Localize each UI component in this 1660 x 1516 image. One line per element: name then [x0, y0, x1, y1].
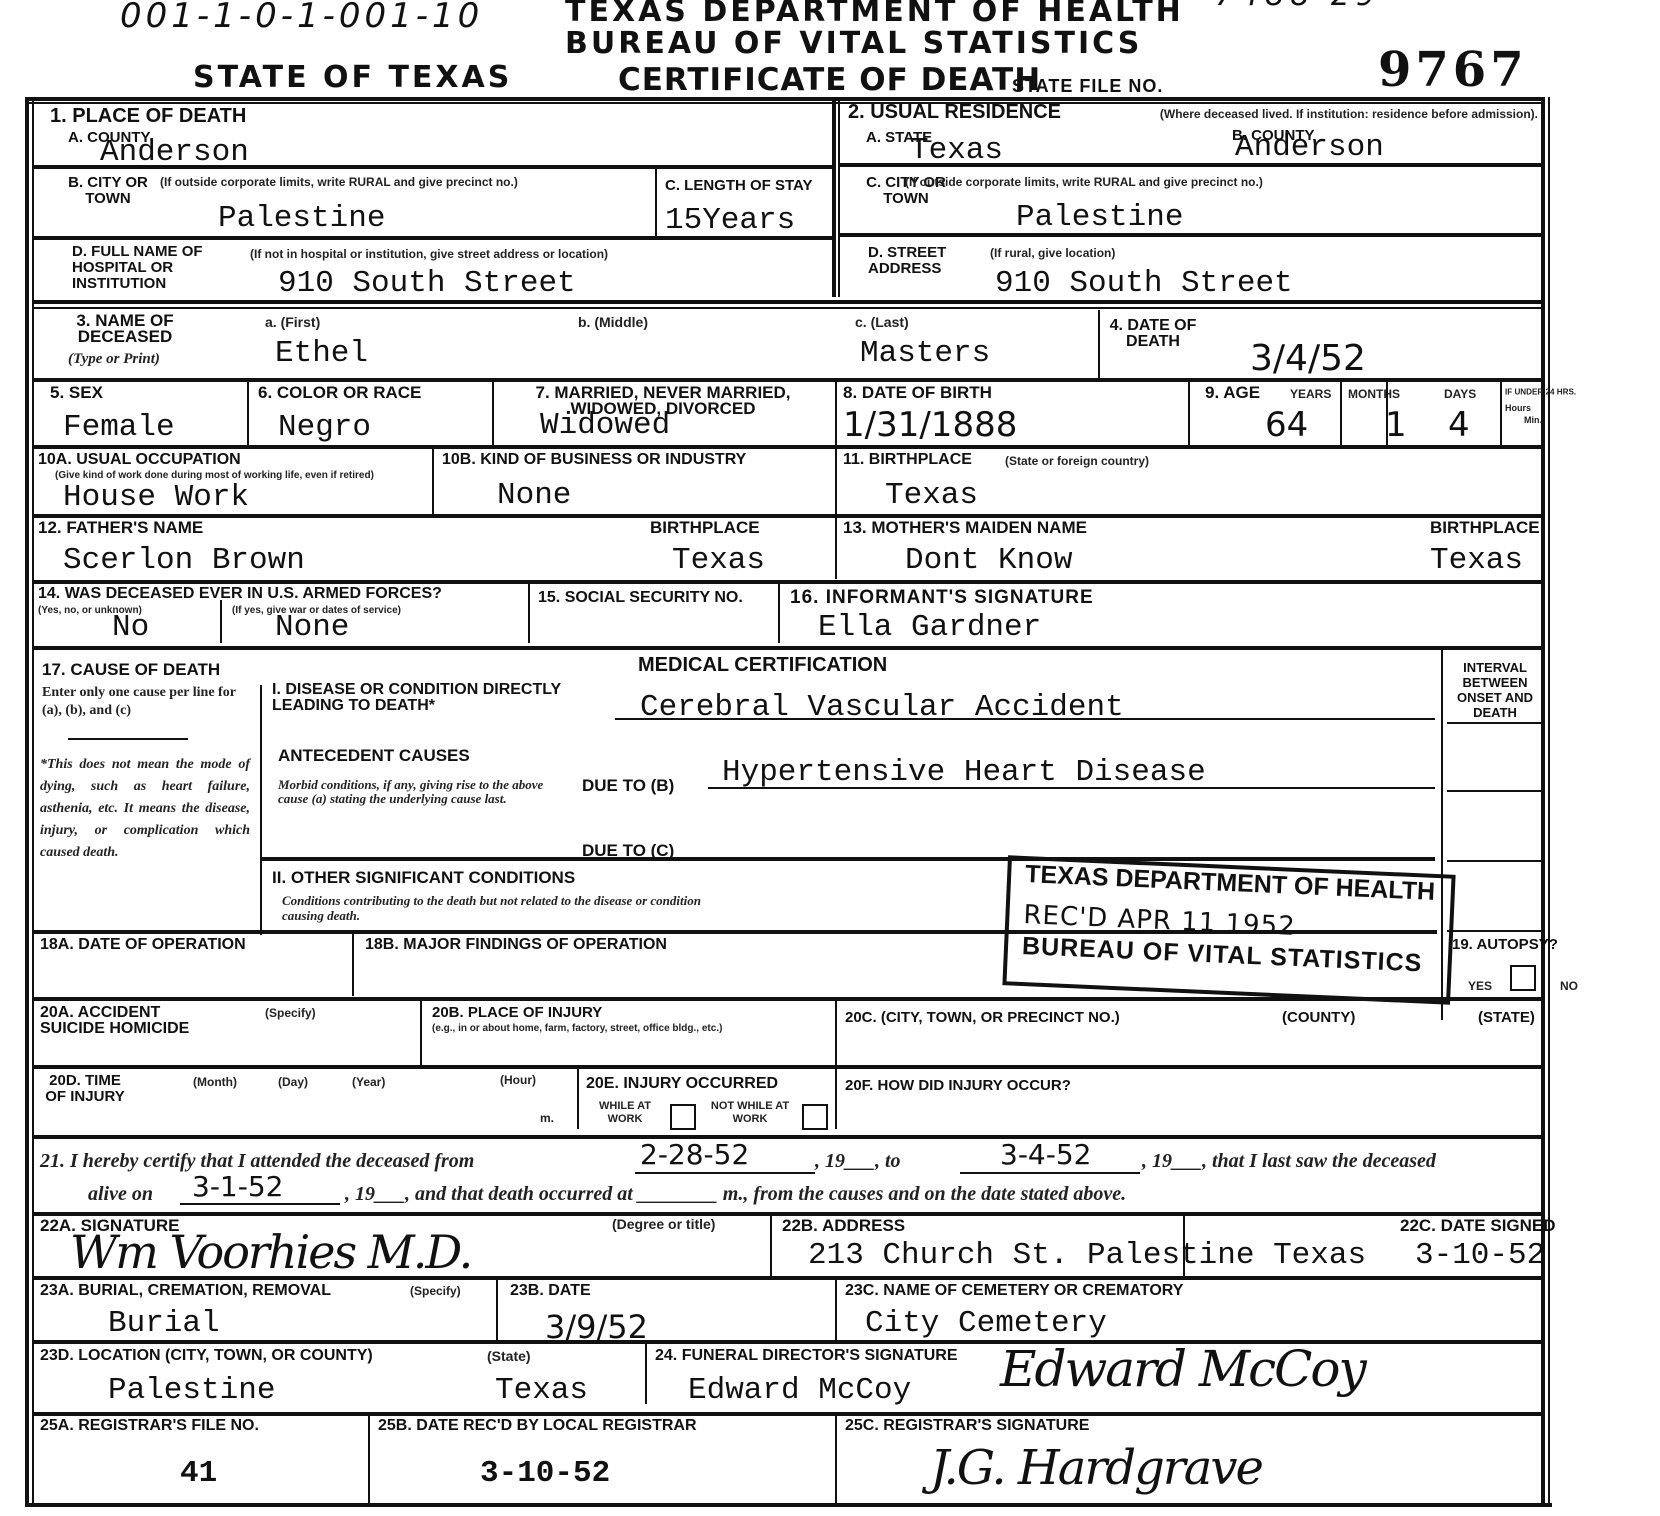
dob-label: 8. DATE OF BIRTH [843, 385, 992, 401]
age-years-value: 64 [1265, 405, 1308, 445]
certify-text-19a: , 19___, to [815, 1152, 901, 1170]
res-street-value: 910 South Street [995, 268, 1293, 300]
burial-location-value: Palestine [108, 1375, 275, 1407]
rule [1098, 310, 1100, 378]
burial-state-label: (State) [487, 1350, 531, 1363]
due-to-b-label: DUE TO (b) [582, 778, 674, 794]
date-signed-value: 3-10-52 [1415, 1240, 1545, 1272]
at-work-checkbox[interactable] [670, 1104, 696, 1130]
injury-time-label: 20d. TIME OF INJURY [40, 1073, 130, 1105]
race-value: Negro [278, 412, 371, 444]
rule [420, 999, 422, 1065]
cause-b-value: Hypertensive Heart Disease [722, 757, 1206, 789]
rule [32, 1065, 1543, 1069]
injury-type-label: 20a. ACCIDENT SUICIDE HOMICIDE [40, 1005, 190, 1037]
rule [1500, 380, 1502, 445]
autopsy-no-label: NO [1560, 980, 1578, 993]
first-name-label: a. (First) [265, 316, 320, 329]
stay-label: c. LENGTH OF STAY [665, 178, 830, 194]
registrar-date-label: 25b. DATE REC'D BY LOCAL REGISTRAR [378, 1418, 697, 1434]
funeral-director-value: Edward McCoy [688, 1375, 911, 1407]
deceased-name-label: 3. NAME OF DECEASED [50, 313, 200, 345]
informant-label: 16. INFORMANT'S SIGNATURE [790, 590, 1094, 606]
certify-text-19b: , 19___, that I last saw the deceased [1142, 1152, 1436, 1170]
rule [32, 997, 1543, 1001]
death-city-note: (If outside corporate limits, write RURA… [160, 176, 640, 189]
armed-forces-value: No [112, 612, 149, 644]
rule [1340, 380, 1342, 445]
divider-1-2-inner [838, 100, 840, 297]
handwritten-top-right-number: 7488 29 [1215, 0, 1381, 13]
cemetery-value: City Cemetery [865, 1308, 1107, 1340]
hospital-value: 910 South Street [278, 268, 576, 300]
business-value: None [497, 480, 571, 512]
received-stamp: TEXAS DEPARTMENT OF HEALTH REC'D APR 11 … [1002, 855, 1455, 1004]
injury-occurred-label: 20e. INJURY OCCURRED [586, 1076, 778, 1092]
rule [528, 583, 530, 643]
deceased-name-note: (Type or Print) [68, 350, 160, 368]
autopsy-yes-checkbox[interactable] [1510, 965, 1536, 991]
operation-findings-label: 18b. MAJOR FINDINGS OF OPERATION [365, 937, 667, 953]
rule [368, 1414, 370, 1504]
certify-text-2: alive on [88, 1185, 153, 1203]
rule [32, 1412, 1543, 1416]
first-name-value: Ethel [275, 338, 368, 370]
injury-m-label: m. [540, 1112, 554, 1125]
usual-residence-note: (Where deceased lived. If institution: r… [1138, 108, 1538, 121]
rule [32, 300, 1543, 304]
injury-place-label: 20b. PLACE OF INJURY [432, 1005, 602, 1021]
registrar-signature-label: 25c. REGISTRAR'S SIGNATURE [845, 1418, 1089, 1434]
rule [778, 583, 780, 643]
rule [496, 1278, 498, 1340]
injury-day-label: (Day) [278, 1076, 308, 1089]
agency-line-2: BUREAU OF VITAL STATISTICS [565, 26, 1142, 61]
rule [655, 168, 657, 236]
stay-value: 15Years [665, 205, 795, 237]
age-label: 9. AGE [1205, 385, 1260, 401]
rule [68, 738, 188, 740]
rule [32, 580, 1543, 584]
frame-right-outer [1548, 97, 1550, 1507]
sex-value: Female [63, 412, 175, 444]
mother-birthplace-label: BIRTHPLACE [1430, 520, 1540, 536]
handwritten-file-code: 001-1-0-1-001-10 [120, 0, 483, 36]
frame-top-inner [25, 102, 1545, 104]
injury-year-label: (Year) [352, 1076, 385, 1089]
armed-forces-label: 14. WAS DECEASED EVER IN U.S. ARMED FORC… [38, 586, 442, 602]
days-label: DAYS [1444, 388, 1476, 401]
birthplace-label: 11. BIRTHPLACE [843, 452, 972, 468]
burial-state-value: Texas [495, 1375, 588, 1407]
cemetery-label: 23c. NAME OF CEMETERY OR CREMATORY [845, 1283, 1183, 1299]
father-value: Scerlon Brown [63, 545, 305, 577]
rule [352, 932, 354, 996]
divider-1-2 [832, 100, 836, 297]
registrar-date-value: 3-10-52 [480, 1458, 610, 1490]
autopsy-yes-label: YES [1468, 980, 1492, 993]
frame-left [25, 97, 29, 1507]
rule [220, 600, 222, 643]
not-at-work-checkbox[interactable] [802, 1104, 828, 1130]
physician-address-value: 213 Church St. Palestine Texas [808, 1240, 1366, 1272]
rule [838, 163, 1543, 167]
certificate-title: CERTIFICATE OF DEATH [618, 62, 1041, 98]
certify-text-3: , 19___, and that death occurred at ____… [345, 1185, 1126, 1203]
rule [835, 1278, 837, 1340]
father-label: 12. FATHER'S NAME [38, 520, 203, 536]
state-title: STATE OF TEXAS [193, 60, 512, 95]
rule [180, 1203, 340, 1205]
last-name-label: c. (Last) [855, 316, 909, 329]
antecedent-label: ANTECEDENT CAUSES [278, 748, 470, 764]
last-seen-alive-date: 3-1-52 [192, 1170, 283, 1203]
war-value: None [275, 612, 349, 644]
rule [577, 1067, 579, 1129]
rule [708, 787, 1435, 789]
rule [1447, 722, 1541, 724]
medical-certification-title: MEDICAL CERTIFICATION [638, 657, 887, 673]
funeral-director-signature: Edward McCoy [1000, 1340, 1365, 1398]
attended-to-date: 3-4-52 [1000, 1138, 1091, 1171]
min-label: Min. [1524, 414, 1542, 427]
hospital-label: d. FULL NAME OF HOSPITAL OR INSTITUTION [72, 244, 252, 292]
rule [262, 857, 1435, 861]
age-months-value: 1 [1385, 405, 1407, 445]
date-of-death-label: 4. DATE OF DEATH [1108, 318, 1198, 350]
degree-label: (Degree or title) [612, 1218, 715, 1231]
injury-place-note: (e.g., in or about home, farm, factory, … [432, 1022, 792, 1035]
at-work-label: WHILE AT WORK [585, 1100, 665, 1126]
years-label: YEARS [1290, 388, 1331, 401]
rule [32, 236, 832, 240]
cause-footnote: *This does not mean the mode of dying, s… [40, 754, 250, 864]
business-label: 10b. KIND OF BUSINESS OR INDUSTRY [442, 452, 746, 468]
rule [838, 233, 1543, 237]
res-street-label: d. STREET ADDRESS [868, 245, 978, 277]
rule [835, 380, 837, 445]
rule [32, 307, 1543, 309]
disposition-note: (Specify) [410, 1285, 461, 1298]
operation-date-label: 18a. DATE OF OPERATION [40, 937, 246, 953]
usual-residence-label: 2. USUAL RESIDENCE [848, 104, 1061, 120]
part-2-label: II. OTHER SIGNIFICANT CONDITIONS [272, 870, 575, 886]
burial-location-label: 23d. LOCATION (City, town, or county) [40, 1348, 373, 1364]
place-of-death-label: 1. PLACE OF DEATH [50, 108, 246, 124]
informant-value: Ella Gardner [818, 612, 1041, 644]
not-at-work-label: NOT WHILE AT WORK [710, 1100, 790, 1126]
rule [247, 380, 249, 445]
rule [1447, 930, 1541, 932]
rule [1447, 860, 1541, 862]
antecedent-note: Morbid conditions, if any, giving rise t… [278, 778, 568, 806]
rule [32, 1135, 1543, 1139]
occupation-value: House Work [63, 482, 249, 514]
dob-value: 1/31/1888 [843, 405, 1017, 445]
hospital-note: (If not in hospital or institution, give… [250, 248, 608, 261]
cause-of-death-label: 17. CAUSE OF DEATH [42, 662, 220, 678]
autopsy-label: 19. AUTOPSY? [1452, 937, 1558, 953]
date-signed-label: 22c. DATE SIGNED [1400, 1218, 1556, 1234]
rule [770, 1214, 772, 1276]
rule [32, 165, 832, 169]
father-birthplace-label: BIRTHPLACE [650, 520, 760, 536]
attended-from-date: 2-28-52 [640, 1138, 749, 1171]
rule [835, 447, 837, 579]
funeral-director-label: 24. FUNERAL DIRECTOR'S SIGNATURE [655, 1348, 958, 1364]
ssn-label: 15. SOCIAL SECURITY NO. [538, 590, 743, 606]
marital-value: Widowed [540, 410, 670, 442]
stamp-line-3: BUREAU OF VITAL STATISTICS [1022, 938, 1423, 971]
race-label: 6. COLOR OR RACE [258, 385, 421, 401]
middle-name-label: b. (Middle) [578, 316, 648, 329]
rule [835, 999, 837, 1129]
rule [32, 445, 1543, 449]
injury-hour-label: (Hour) [500, 1074, 536, 1087]
rule [432, 447, 434, 515]
res-county-value: Anderson [1235, 132, 1384, 164]
mother-birthplace-value: Texas [1430, 545, 1523, 577]
registrar-file-value: 41 [180, 1458, 217, 1490]
rule [260, 685, 262, 935]
injury-county-label: (COUNTY) [1282, 1010, 1355, 1026]
part-1-label: I. DISEASE OR CONDITION DIRECTLY LEADING… [272, 682, 572, 714]
rule [1188, 380, 1190, 445]
physician-signature: Wm Voorhies M.D. [70, 1225, 471, 1279]
registrar-signature: J.G. Hardgrave [930, 1440, 1262, 1496]
rule [32, 378, 1543, 382]
stamp-line-1: TEXAS DEPARTMENT OF HEALTH [1025, 866, 1435, 900]
injury-how-label: 20f. HOW DID INJURY OCCUR? [845, 1078, 1071, 1094]
rule [1183, 1214, 1185, 1276]
father-birthplace-value: Texas [672, 545, 765, 577]
occupation-label: 10a. USUAL OCCUPATION [38, 452, 241, 468]
part-2-note: Conditions contributing to the death but… [282, 893, 702, 923]
rule [645, 1342, 647, 1404]
age-days-value: 4 [1448, 405, 1470, 445]
state-file-number: 9767 [1378, 42, 1528, 98]
res-city-note: (If outside corporate limits, write RURA… [905, 176, 1263, 189]
res-street-note: (If rural, give location) [990, 247, 1115, 260]
birthplace-note: (State or foreign country) [1005, 455, 1149, 468]
disposition-value: Burial [108, 1308, 220, 1340]
death-city-value: Palestine [218, 203, 385, 235]
rule [32, 1276, 1543, 1280]
res-city-value: Palestine [1016, 202, 1183, 234]
rule [960, 1172, 1140, 1174]
rule [32, 646, 1543, 650]
rule [1447, 790, 1541, 792]
sex-label: 5. SEX [50, 385, 103, 401]
cause-instructions: Enter only one cause per line for (a), (… [42, 684, 252, 720]
registrar-file-label: 25a. REGISTRAR'S FILE NO. [40, 1418, 259, 1434]
birthplace-value: Texas [885, 480, 978, 512]
disposition-label: 23a. BURIAL, CREMATION, REMOVAL [40, 1283, 331, 1299]
rule [835, 1414, 837, 1504]
months-label: MONTHS [1348, 388, 1400, 401]
agency-line-1: TEXAS DEPARTMENT OF HEALTH [565, 0, 1184, 29]
burial-date-label: 23b. DATE [510, 1283, 591, 1299]
mother-label: 13. MOTHER'S MAIDEN NAME [843, 520, 1087, 536]
under-24-label: IF UNDER 24 HRS. [1505, 387, 1576, 399]
injury-state-label: (STATE) [1478, 1010, 1535, 1026]
frame-top [25, 97, 1545, 101]
injury-location-label: 20c. (CITY, TOWN, OR PRECINCT NO.) [845, 1010, 1120, 1026]
rule [635, 1172, 815, 1174]
last-name-value: Masters [860, 338, 990, 370]
injury-type-note: (Specify) [265, 1007, 316, 1020]
frame-bottom [25, 1503, 1552, 1507]
rule [32, 514, 1543, 518]
interval-label: INTERVAL BETWEEN ONSET AND DEATH [1450, 660, 1540, 720]
mother-value: Dont Know [905, 545, 1072, 577]
death-city-label: b. CITY OR TOWN [68, 175, 148, 207]
certify-text-1: 21. I hereby certify that I attended the… [40, 1152, 474, 1170]
rule [492, 380, 494, 445]
injury-month-label: (Month) [193, 1076, 237, 1089]
date-of-death-value: 3/4/52 [1250, 338, 1366, 379]
rule [1386, 380, 1388, 445]
rule [615, 718, 1435, 720]
physician-address-label: 22b. ADDRESS [782, 1218, 905, 1234]
state-file-label: STATE FILE NO. [1012, 78, 1163, 94]
